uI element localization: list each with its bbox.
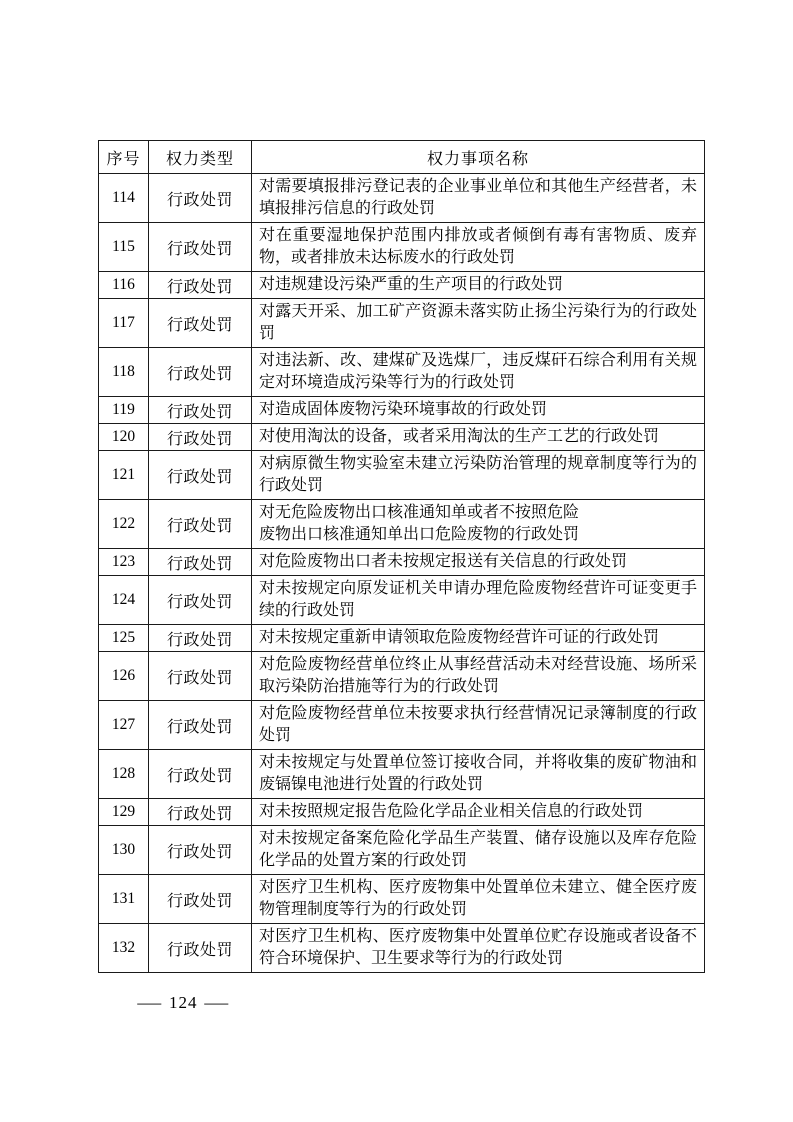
row-serial-number: 114 [99,174,149,223]
row-power-type: 行政处罚 [149,174,252,223]
table-row: 114 行政处罚 对需要填报排污登记表的企业事业单位和其他生产经营者，未填报排污… [99,174,705,223]
table-row: 122 行政处罚 对无危险废物出口核准通知单或者不按照危险 废物出口核准通知单出… [99,500,705,549]
row-power-item-name: 对露天开采、加工矿产资源未落实防止扬尘污染行为的行政处罚 [252,299,705,348]
row-power-item-name: 对危险废物出口者未按规定报送有关信息的行政处罚 [252,549,705,576]
row-power-item-name: 对违规建设污染严重的生产项目的行政处罚 [252,272,705,299]
row-serial-number: 126 [99,652,149,701]
row-serial-number: 125 [99,625,149,652]
page-number: 124 [169,993,198,1012]
row-serial-number: 118 [99,348,149,397]
row-serial-number: 116 [99,272,149,299]
row-power-item-name: 对在重要湿地保护范围内排放或者倾倒有毒有害物质、废弃物，或者排放未达标废水的行政… [252,223,705,272]
footer-right-dash: — [204,993,229,1013]
row-serial-number: 119 [99,397,149,424]
row-serial-number: 122 [99,500,149,549]
row-power-type: 行政处罚 [149,701,252,750]
row-power-type: 行政处罚 [149,652,252,701]
row-power-item-name: 对医疗卫生机构、医疗废物集中处置单位未建立、健全医疗废物管理制度等行为的行政处罚 [252,875,705,924]
row-serial-number: 120 [99,424,149,451]
table-row: 125 行政处罚 对未按规定重新申请领取危险废物经营许可证的行政处罚 [99,625,705,652]
table-row: 123 行政处罚 对危险废物出口者未按规定报送有关信息的行政处罚 [99,549,705,576]
row-power-type: 行政处罚 [149,500,252,549]
table-row: 121 行政处罚 对病原微生物实验室未建立污染防治管理的规章制度等行为的行政处罚 [99,451,705,500]
row-power-item-name: 对使用淘汰的设备，或者采用淘汰的生产工艺的行政处罚 [252,424,705,451]
row-power-type: 行政处罚 [149,397,252,424]
row-serial-number: 132 [99,924,149,973]
row-serial-number: 123 [99,549,149,576]
power-items-table: 序号 权力类型 权力事项名称 114 行政处罚 对需要填报排污登记表的企业事业单… [98,140,705,973]
row-power-item-name: 对未按规定备案危险化学品生产装置、储存设施以及库存危险化学品的处置方案的行政处罚 [252,826,705,875]
footer-left-dash: — [137,993,162,1013]
row-power-type: 行政处罚 [149,625,252,652]
table-row: 131 行政处罚 对医疗卫生机构、医疗废物集中处置单位未建立、健全医疗废物管理制… [99,875,705,924]
row-power-item-name: 对违法新、改、建煤矿及选煤厂，违反煤矸石综合利用有关规定对环境造成污染等行为的行… [252,348,705,397]
table-row: 126 行政处罚 对危险废物经营单位终止从事经营活动未对经营设施、场所采取污染防… [99,652,705,701]
row-power-type: 行政处罚 [149,875,252,924]
row-serial-number: 130 [99,826,149,875]
row-power-type: 行政处罚 [149,272,252,299]
row-serial-number: 128 [99,750,149,799]
row-power-type: 行政处罚 [149,223,252,272]
row-power-item-name: 对未按规定重新申请领取危险废物经营许可证的行政处罚 [252,625,705,652]
row-serial-number: 124 [99,576,149,625]
row-power-type: 行政处罚 [149,348,252,397]
row-power-type: 行政处罚 [149,826,252,875]
column-header-serial-number: 序号 [99,141,149,174]
table-row: 117 行政处罚 对露天开采、加工矿产资源未落实防止扬尘污染行为的行政处罚 [99,299,705,348]
page-footer: —124— [131,993,236,1013]
table-row: 124 行政处罚 对未按规定向原发证机关申请办理危险废物经营许可证变更手续的行政… [99,576,705,625]
row-serial-number: 115 [99,223,149,272]
row-power-item-name: 对未按照规定报告危险化学品企业相关信息的行政处罚 [252,799,705,826]
table-row: 115 行政处罚 对在重要湿地保护范围内排放或者倾倒有毒有害物质、废弃物，或者排… [99,223,705,272]
table-header-row: 序号 权力类型 权力事项名称 [99,141,705,174]
table-row: 127 行政处罚 对危险废物经营单位未按要求执行经营情况记录簿制度的行政处罚 [99,701,705,750]
row-power-type: 行政处罚 [149,549,252,576]
row-power-item-name: 对需要填报排污登记表的企业事业单位和其他生产经营者，未填报排污信息的行政处罚 [252,174,705,223]
row-power-item-name: 对医疗卫生机构、医疗废物集中处置单位贮存设施或者设备不符合环境保护、卫生要求等行… [252,924,705,973]
row-serial-number: 131 [99,875,149,924]
table-row: 129 行政处罚 对未按照规定报告危险化学品企业相关信息的行政处罚 [99,799,705,826]
row-serial-number: 129 [99,799,149,826]
row-power-type: 行政处罚 [149,299,252,348]
row-power-item-name: 对危险废物经营单位未按要求执行经营情况记录簿制度的行政处罚 [252,701,705,750]
row-power-type: 行政处罚 [149,451,252,500]
table-row: 118 行政处罚 对违法新、改、建煤矿及选煤厂，违反煤矸石综合利用有关规定对环境… [99,348,705,397]
document-page: 序号 权力类型 权力事项名称 114 行政处罚 对需要填报排污登记表的企业事业单… [0,0,793,1122]
column-header-power-item-name: 权力事项名称 [252,141,705,174]
table-row: 116 行政处罚 对违规建设污染严重的生产项目的行政处罚 [99,272,705,299]
row-power-item-name: 对危险废物经营单位终止从事经营活动未对经营设施、场所采取污染防治措施等行为的行政… [252,652,705,701]
row-power-type: 行政处罚 [149,750,252,799]
row-power-type: 行政处罚 [149,424,252,451]
row-serial-number: 121 [99,451,149,500]
row-power-item-name: 对无危险废物出口核准通知单或者不按照危险 废物出口核准通知单出口危险废物的行政处… [252,500,705,549]
table-row: 119 行政处罚 对造成固体废物污染环境事故的行政处罚 [99,397,705,424]
column-header-power-type: 权力类型 [149,141,252,174]
row-serial-number: 117 [99,299,149,348]
row-power-type: 行政处罚 [149,576,252,625]
row-power-item-name: 对未按规定向原发证机关申请办理危险废物经营许可证变更手续的行政处罚 [252,576,705,625]
row-power-item-name: 对未按规定与处置单位签订接收合同，并将收集的废矿物油和废镉镍电池进行处置的行政处… [252,750,705,799]
table-row: 128 行政处罚 对未按规定与处置单位签订接收合同，并将收集的废矿物油和废镉镍电… [99,750,705,799]
row-power-item-name: 对造成固体废物污染环境事故的行政处罚 [252,397,705,424]
row-power-type: 行政处罚 [149,924,252,973]
row-power-type: 行政处罚 [149,799,252,826]
table-row: 132 行政处罚 对医疗卫生机构、医疗废物集中处置单位贮存设施或者设备不符合环境… [99,924,705,973]
table-row: 130 行政处罚 对未按规定备案危险化学品生产装置、储存设施以及库存危险化学品的… [99,826,705,875]
table-row: 120 行政处罚 对使用淘汰的设备，或者采用淘汰的生产工艺的行政处罚 [99,424,705,451]
row-serial-number: 127 [99,701,149,750]
row-power-item-name: 对病原微生物实验室未建立污染防治管理的规章制度等行为的行政处罚 [252,451,705,500]
